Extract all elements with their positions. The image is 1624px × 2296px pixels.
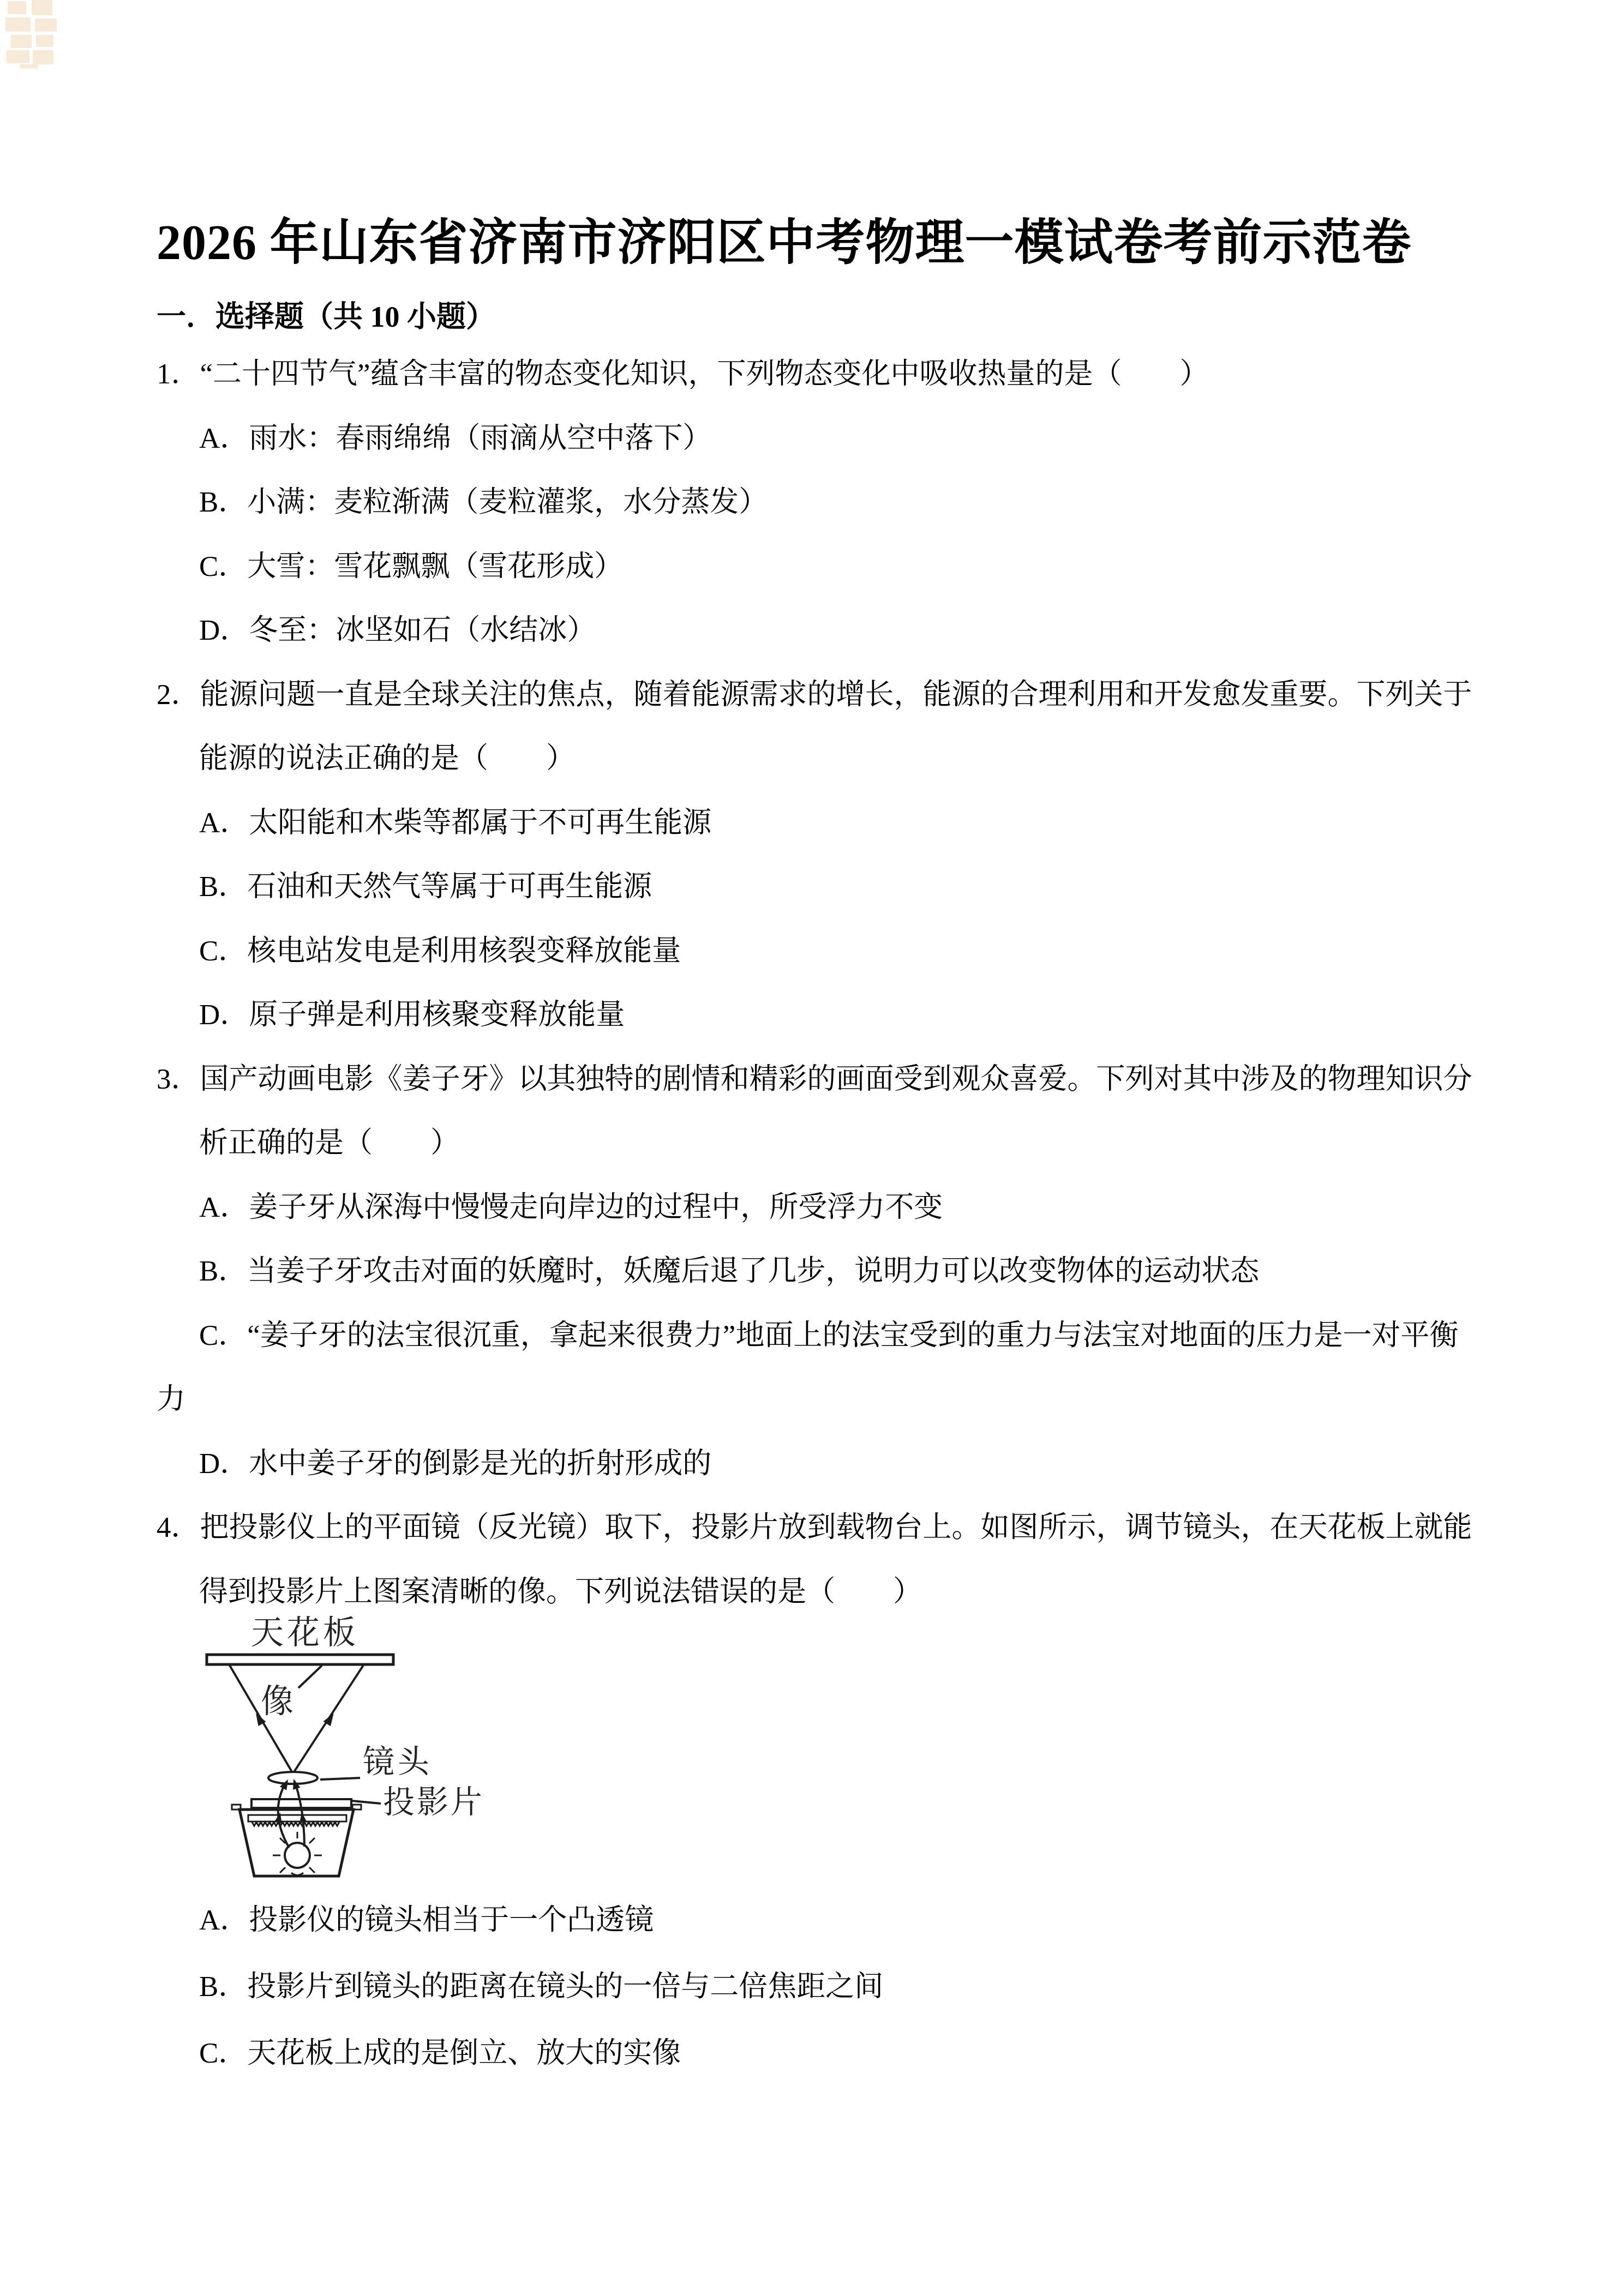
q4-stem-2: 得到投影片上图案清晰的像。下列说法错误的是（ ） [199, 1576, 922, 1608]
q2-stem-1: 2．能源问题一直是全球关注的焦点，随着能源需求的增长，能源的合理利用和开发愈发重… [157, 678, 1472, 711]
page-title: 2026 年山东省济南市济阳区中考物理一模试卷考前示范卷 [157, 216, 1412, 271]
watermark-block [20, 64, 38, 69]
q3-option-b: B．当姜子牙攻击对面的妖魔时，妖魔后退了几步，说明力可以改变物体的运动状态 [199, 1255, 1259, 1288]
q2-option-c: C．核电站发电是利用核裂变释放能量 [199, 935, 681, 967]
slide-label: 投影片 [383, 1784, 484, 1820]
image-label: 像 [261, 1684, 293, 1720]
q3-option-c-2: 力 [157, 1383, 185, 1416]
q3-stem-2: 析正确的是（ ） [199, 1127, 459, 1159]
exam-page: { "page": {"width": 2977, "height": 4210… [0, 0, 1624, 2296]
lens-ellipse [268, 1772, 317, 1784]
q4-option-b: B．投影片到镜头的距离在镜头的一倍与二倍焦距之间 [199, 1970, 883, 2003]
q2-stem-2: 能源的说法正确的是（ ） [199, 742, 575, 775]
q2-option-b: B．石油和天然气等属于可再生能源 [199, 870, 652, 903]
watermark-block [32, 0, 52, 15]
q3-stem-1: 3．国产动画电影《姜子牙》以其独特的剧情和精彩的画面受到观众喜爱。下列对其中涉及… [157, 1063, 1472, 1096]
watermark-block [8, 1, 26, 14]
q2-option-d: D．原子弹是利用核聚变释放能量 [199, 999, 625, 1031]
q2-option-a: A．太阳能和木柴等都属于不可再生能源 [199, 807, 711, 839]
q1-option-d: D．冬至：冰坚如石（水结冰） [199, 614, 596, 647]
image-leader-line [298, 1666, 322, 1688]
watermark-block [35, 19, 57, 32]
q1-option-b: B．小满：麦粒渐满（麦粒灌浆，水分蒸发） [199, 486, 768, 519]
watermark-block [5, 17, 31, 32]
q3-option-c-1: C．“姜子牙的法宝很沉重，拿起来很费力”地面上的法宝受到的重力与法宝对地面的压力… [199, 1319, 1458, 1352]
watermark-block [7, 50, 29, 63]
lens-label: 镜头 [363, 1744, 433, 1780]
q4-stem-1: 4．把投影仪上的平面镜（反光镜）取下，投影片放到载物台上。如图所示，调节镜头，在… [157, 1511, 1472, 1544]
fresnel-band [248, 1815, 346, 1822]
projector-figure: 天花板 像 镜头 投影片 [191, 1609, 529, 1892]
q4-option-c: C．天花板上成的是倒立、放大的实像 [199, 2037, 681, 2070]
section-heading: 一．选择题（共 10 小题） [157, 300, 495, 334]
watermark-block [33, 50, 53, 64]
q1-option-c: C．大雪：雪花飘飘（雪花形成） [199, 550, 623, 583]
ceiling-bar [207, 1655, 393, 1664]
watermark-block [11, 35, 32, 48]
q3-option-a: A．姜子牙从深海中慢慢走向岸边的过程中，所受浮力不变 [199, 1191, 943, 1224]
slide-leader-line [352, 1801, 381, 1804]
q4-option-a: A．投影仪的镜头相当于一个凸透镜 [199, 1904, 654, 1937]
ceiling-label: 天花板 [251, 1615, 359, 1651]
q1-option-a: A．雨水：春雨绵绵（雨滴从空中落下） [199, 422, 711, 455]
q3-option-d: D．水中姜子牙的倒影是光的折射形成的 [199, 1447, 711, 1480]
q1-stem: 1．“二十四节气”蕴含丰富的物态变化知识，下列物态变化中吸收热量的是（ ） [157, 358, 1209, 390]
lens-leader-line [320, 1778, 360, 1780]
watermark-block [36, 35, 53, 47]
